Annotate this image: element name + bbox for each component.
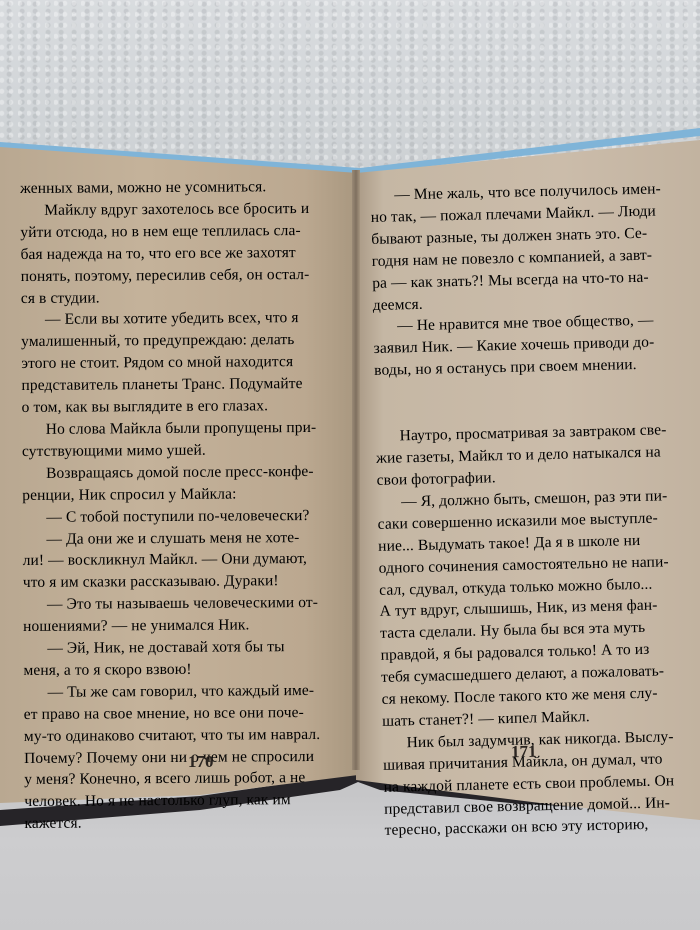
text-line: о том, как вы выглядите в его глазах. — [22, 395, 340, 419]
text-line: меня, а то я скоро взвою! — [23, 658, 341, 682]
section-break — [374, 375, 697, 426]
text-line: понять, поэтому, пересилив себя, он оста… — [21, 263, 339, 287]
text-line: ся в студии. — [21, 285, 339, 309]
text-line: представитель планеты Транс. Подумайте — [21, 373, 339, 397]
page-number-right: 171 — [511, 742, 537, 762]
text-line: Но слова Майкла были пропущены при- — [22, 417, 340, 441]
text-line: ренции, Ник спросил у Майкла: — [22, 482, 340, 506]
text-line: му-то одинаково считают, что ты им навра… — [24, 723, 342, 747]
text-line: — С тобой поступили по-человечески? — [22, 504, 340, 528]
text-line: — Эй, Ник, не доставай хотя бы ты — [23, 636, 341, 660]
text-line: — Ты же сам говорил, что каждый име- — [24, 680, 342, 704]
text-line: умалишенный, то предупреждаю: делать — [21, 329, 339, 353]
text-line: ет право на свое мнение, но все они поче… — [24, 702, 342, 726]
text-line: уйти отсюда, но в нем еще теплилась сла- — [20, 220, 338, 244]
text-line: кажется. — [24, 811, 342, 835]
text-line: Возвращаясь домой после пресс-конфе- — [22, 461, 340, 485]
left-page-text: женных вами, можно не усомниться. Майклу… — [20, 176, 343, 835]
text-line: сутствующими мимо ушей. — [22, 439, 340, 463]
text-line: этого не стоит. Рядом со мной находится — [21, 351, 339, 375]
book-spine — [352, 170, 360, 770]
text-line: ношениями? — не унимался Ник. — [23, 614, 341, 638]
text-line: — Это ты называешь человеческими от- — [23, 592, 341, 616]
text-line: человек. Но я не настолько глуп, как им — [24, 789, 342, 813]
text-line: женных вами, можно не усомниться. — [20, 176, 338, 200]
text-line: что я им сказки рассказываю. Дураки! — [23, 570, 341, 594]
page-number-left: 170 — [188, 752, 214, 772]
text-line: Майклу вдруг захотелось все бросить и — [20, 198, 338, 222]
text-line: у меня? Конечно, я всего лишь робот, а н… — [24, 767, 342, 791]
text-line: бая надежда на то, что его все же захотя… — [20, 241, 338, 265]
text-line: — Если вы хотите убедить всех, что я — [21, 307, 339, 331]
text-line: Почему? Почему они ни о чем не спросили — [24, 745, 342, 769]
text-line: ли! — воскликнул Майкл. — Они думают, — [23, 548, 341, 572]
text-line: — Да они же и слушать меня не хоте- — [22, 526, 340, 550]
